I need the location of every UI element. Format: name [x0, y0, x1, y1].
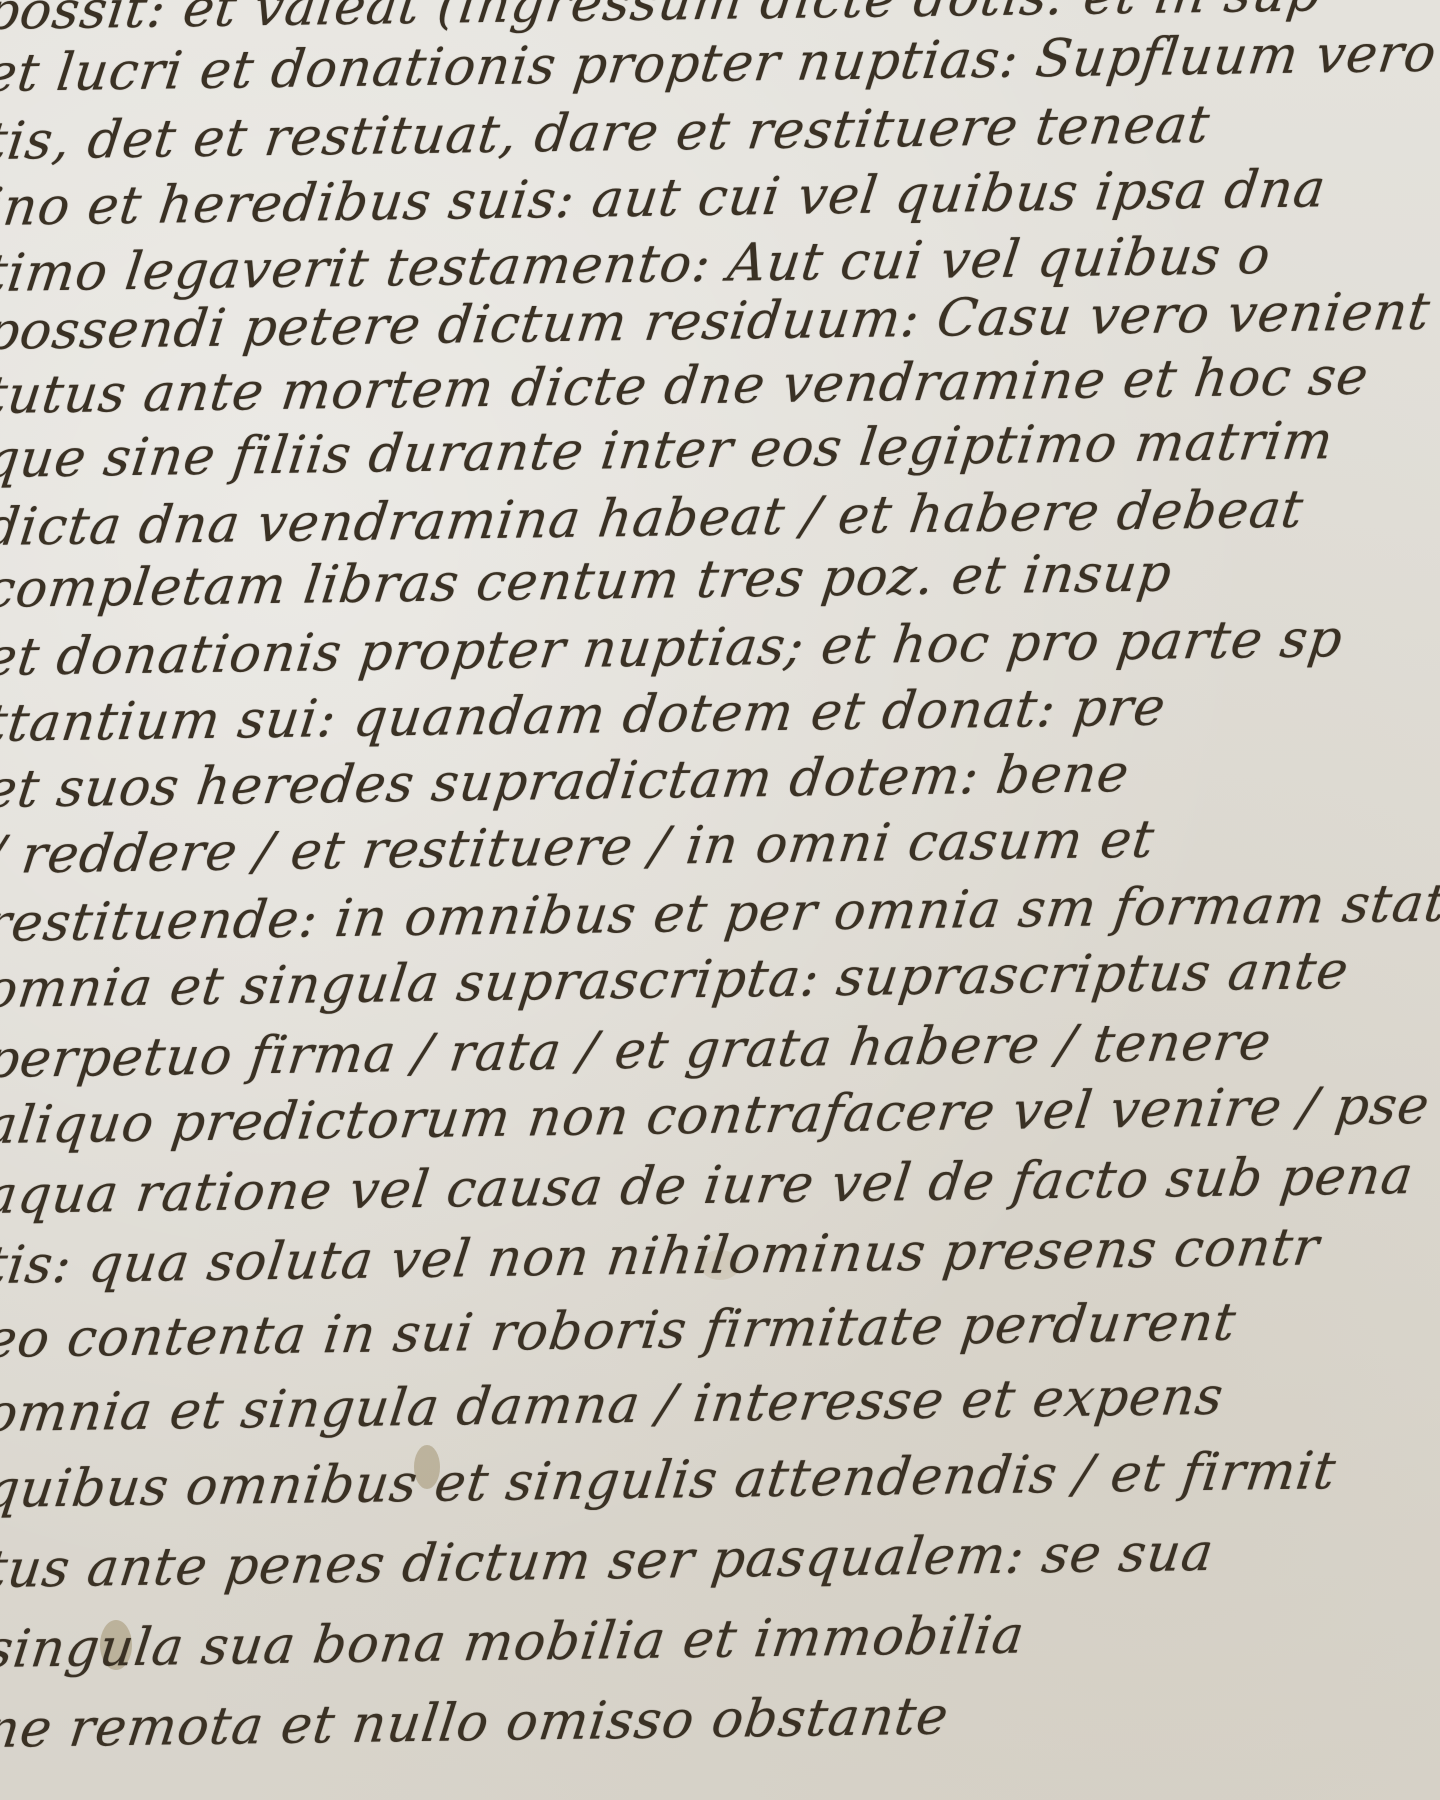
- manuscript-line: tus ante penes dictum ser pasqualem: se …: [0, 1523, 1217, 1600]
- manuscript-line: / reddere / et restituere / in omni casu…: [0, 810, 1158, 886]
- manuscript-line: ttantium sui: quandam dotem et donat: pr…: [0, 677, 1169, 754]
- manuscript-line: eo contenta in sui roboris firmitate per…: [0, 1292, 1240, 1370]
- manuscript-line: quibus omnibus et singulis attendendis /…: [0, 1441, 1340, 1520]
- manuscript-page: possit: et valeat (ingressum dicte dotis…: [0, 0, 1440, 1800]
- manuscript-line: singula sua bona mobilia et immobilia: [0, 1605, 1028, 1680]
- manuscript-line: et donationis propter nuptias; et hoc pr…: [0, 609, 1346, 688]
- manuscript-line: et suos heredes supradictam dotem: bene: [0, 744, 1133, 820]
- manuscript-line: ino et heredibus suis: aut cui vel quibu…: [0, 159, 1329, 238]
- manuscript-line: aliquo predictorum non contrafacere vel …: [0, 1076, 1433, 1156]
- manuscript-line: omnia et singula suprascripta: suprascri…: [0, 941, 1352, 1020]
- manuscript-line: tis: qua soluta vel non nihilominus pres…: [0, 1217, 1323, 1296]
- manuscript-line: perpetuo firma / rata / et grata habere …: [0, 1012, 1275, 1090]
- manuscript-line: tis, det et restituat, dare et restituer…: [0, 95, 1213, 172]
- manuscript-line: aqua ratione vel causa de iure vel de fa…: [0, 1146, 1417, 1226]
- manuscript-line: omnia et singula damna / interesse et ex…: [0, 1367, 1227, 1444]
- manuscript-line: ne remota et nullo omisso obstante: [0, 1687, 952, 1761]
